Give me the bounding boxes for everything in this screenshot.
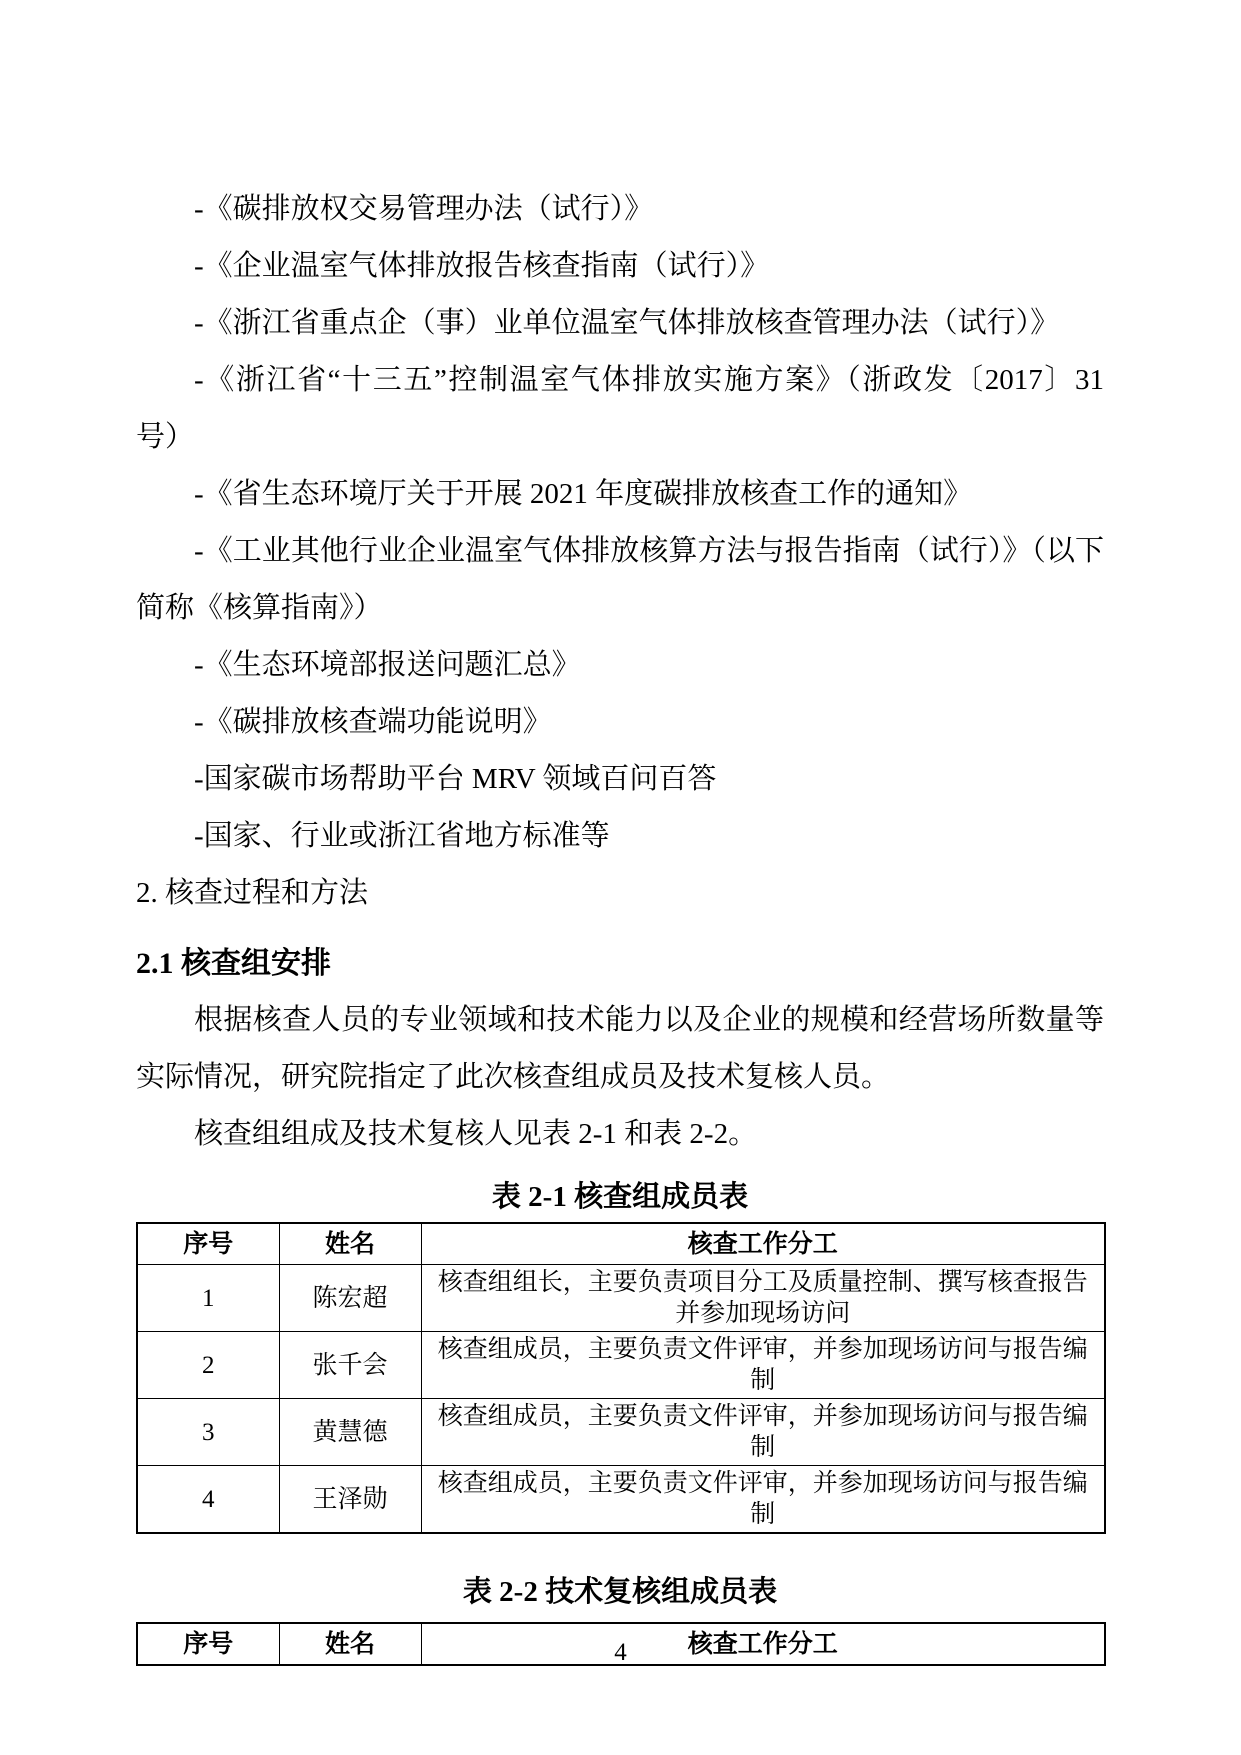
table-cell-name: 王泽勋 bbox=[279, 1466, 421, 1534]
table-cell-number: 1 bbox=[137, 1265, 279, 1332]
page-number: 4 bbox=[0, 1638, 1241, 1668]
reference-item: -《碳排放核查端功能说明》 bbox=[136, 694, 1104, 751]
page-content: -《碳排放权交易管理办法（试行）》 -《企业温室气体排放报告核查指南（试行）》 … bbox=[136, 181, 1104, 1666]
paragraph: 根据核查人员的专业领域和技术能力以及企业的规模和经营场所数量等实际情况，研究院指… bbox=[136, 992, 1104, 1106]
reference-item: -国家碳市场帮助平台 MRV 领域百问百答 bbox=[136, 751, 1104, 808]
table-2-1-title: 表 2-1 核查组成员表 bbox=[136, 1177, 1104, 1217]
table-cell-name: 黄慧德 bbox=[279, 1399, 421, 1466]
table-cell-number: 3 bbox=[137, 1399, 279, 1466]
reference-item: -《企业温室气体排放报告核查指南（试行）》 bbox=[136, 238, 1104, 295]
table-header-cell: 姓名 bbox=[279, 1223, 421, 1265]
reference-item: -《浙江省重点企（事）业单位温室气体排放核查管理办法（试行）》 bbox=[136, 295, 1104, 352]
reference-item: -《省生态环境厅关于开展 2021 年度碳排放核查工作的通知》 bbox=[136, 466, 1104, 523]
reference-item: -《生态环境部报送问题汇总》 bbox=[136, 637, 1104, 694]
table-cell-work: 核查组成员，主要负责文件评审，并参加现场访问与报告编制 bbox=[421, 1332, 1105, 1399]
table-cell-work: 核查组组长，主要负责项目分工及质量控制、撰写核查报告并参加现场访问 bbox=[421, 1265, 1105, 1332]
table-cell-work: 核查组成员，主要负责文件评审，并参加现场访问与报告编制 bbox=[421, 1466, 1105, 1534]
table-row: 3 黄慧德 核查组成员，主要负责文件评审，并参加现场访问与报告编制 bbox=[137, 1399, 1105, 1466]
paragraph: 核查组组成及技术复核人见表 2-1 和表 2-2。 bbox=[136, 1106, 1104, 1163]
reference-item: -《浙江省“十三五”控制温室气体排放实施方案》（浙政发〔2017〕31 号） bbox=[136, 352, 1104, 466]
table-cell-number: 4 bbox=[137, 1466, 279, 1534]
table-row: 1 陈宏超 核查组组长，主要负责项目分工及质量控制、撰写核查报告并参加现场访问 bbox=[137, 1265, 1105, 1332]
table-cell-number: 2 bbox=[137, 1332, 279, 1399]
table-cell-name: 张千会 bbox=[279, 1332, 421, 1399]
table-cell-name: 陈宏超 bbox=[279, 1265, 421, 1332]
reference-item: -《工业其他行业企业温室气体排放核算方法与报告指南（试行）》（以下简称《核算指南… bbox=[136, 523, 1104, 637]
table-header-row: 序号 姓名 核查工作分工 bbox=[137, 1223, 1105, 1265]
table-row: 4 王泽勋 核查组成员，主要负责文件评审，并参加现场访问与报告编制 bbox=[137, 1466, 1105, 1534]
reference-item: -《碳排放权交易管理办法（试行）》 bbox=[136, 181, 1104, 238]
document-page: -《碳排放权交易管理办法（试行）》 -《企业温室气体排放报告核查指南（试行）》 … bbox=[0, 0, 1241, 1755]
table-row: 2 张千会 核查组成员，主要负责文件评审，并参加现场访问与报告编制 bbox=[137, 1332, 1105, 1399]
verification-team-table: 序号 姓名 核查工作分工 1 陈宏超 核查组组长，主要负责项目分工及质量控制、撰… bbox=[136, 1222, 1106, 1534]
subsection-heading-2-1: 2.1 核查组安排 bbox=[136, 935, 1104, 992]
table-cell-work: 核查组成员，主要负责文件评审，并参加现场访问与报告编制 bbox=[421, 1399, 1105, 1466]
table-header-cell: 核查工作分工 bbox=[421, 1223, 1105, 1265]
table-header-cell: 序号 bbox=[137, 1223, 279, 1265]
section-heading-2: 2. 核查过程和方法 bbox=[136, 865, 1104, 922]
table-2-2-title: 表 2-2 技术复核组成员表 bbox=[136, 1572, 1104, 1612]
reference-item: -国家、行业或浙江省地方标准等 bbox=[136, 808, 1104, 865]
